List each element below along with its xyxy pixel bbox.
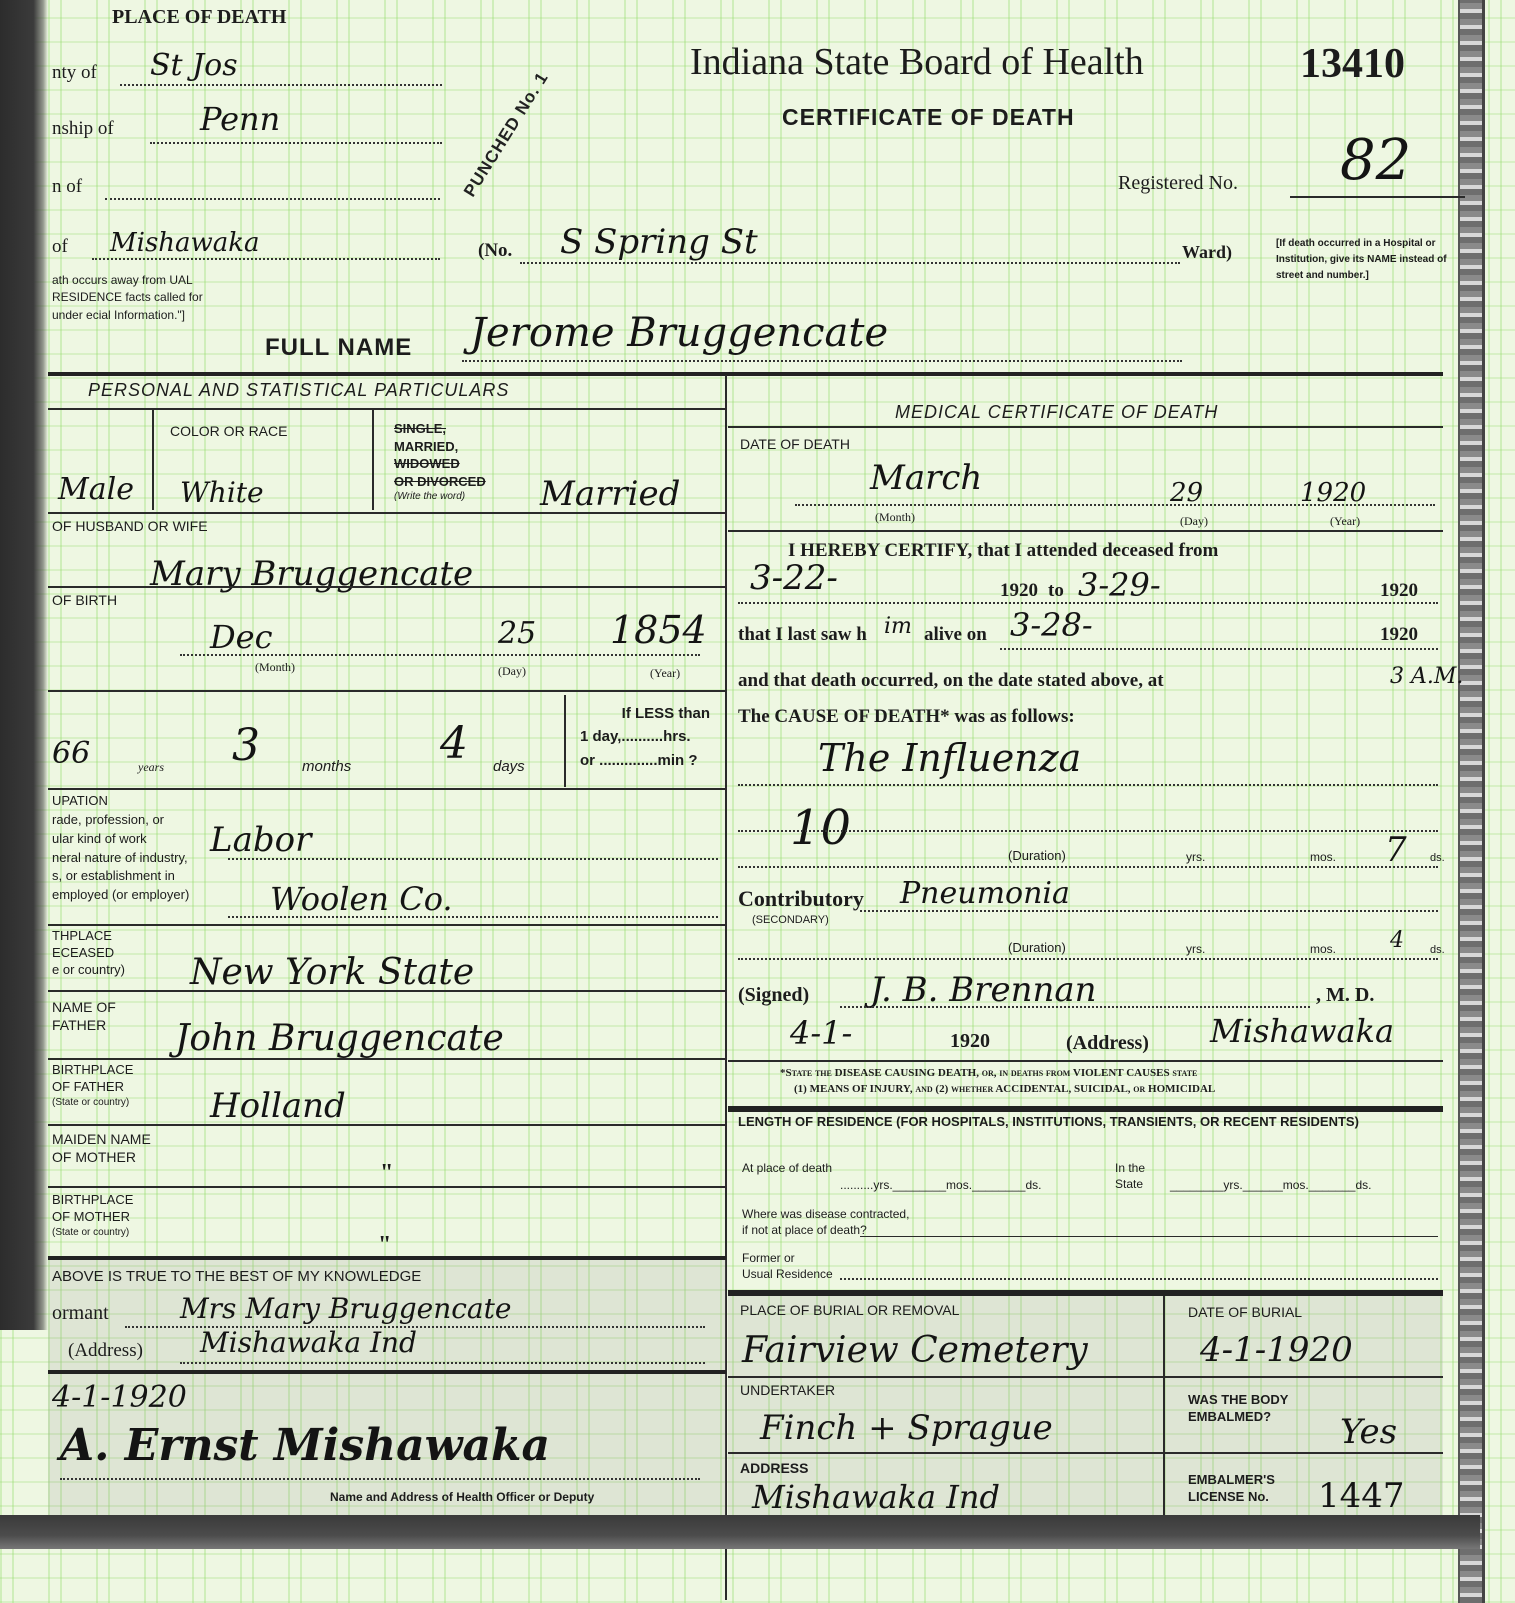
sex-value: Male	[58, 472, 134, 507]
full-name-label: FULL NAME	[265, 334, 412, 362]
undertaker-label: UNDERTAKER	[740, 1382, 835, 1398]
signed-value: J. B. Brennan	[870, 970, 1097, 1010]
father-birthplace-label: BIRTHPLACE OF FATHER (State or country)	[52, 1062, 133, 1109]
attended-from-year: 1920	[1000, 580, 1038, 602]
informant-label: ormant	[52, 1302, 109, 1325]
board-title: Indiana State Board of Health	[690, 40, 1144, 84]
occupation-value: Labor	[210, 820, 311, 860]
cause-duration-mark: 10	[790, 800, 851, 856]
burial-place-label: PLACE OF BURIAL OR REMOVAL	[740, 1302, 959, 1318]
md-label: , M. D.	[1316, 984, 1374, 1007]
county-label: nty of	[52, 62, 97, 84]
city-value: Mishawaka	[110, 228, 260, 258]
attended-from-value: 3-22-	[750, 558, 838, 598]
license-label: EMBALMER'S LICENSE No.	[1188, 1472, 1298, 1506]
days-label: days	[493, 758, 525, 775]
cause-duration-label: (Duration)	[1008, 848, 1066, 863]
contributory-value: Pneumonia	[900, 876, 1070, 911]
medical-section-label: MEDICAL CERTIFICATE OF DEATH	[895, 402, 1218, 423]
color-label: COLOR OR RACE	[170, 423, 287, 439]
day-label: (Day)	[498, 664, 526, 679]
signed-date-value: 4-1-	[790, 1014, 852, 1052]
physician-address-label: (Address)	[1066, 1032, 1149, 1055]
cause-duration-days: 7	[1385, 830, 1407, 870]
contrib-ds-label: ds.	[1430, 944, 1445, 956]
spouse-label: OF HUSBAND OR WIFE	[52, 518, 208, 534]
contrib-duration-label: (Duration)	[1008, 940, 1066, 955]
birth-year-value: 1854	[610, 608, 707, 652]
contrib-yrs-label: yrs.	[1186, 942, 1205, 956]
burial-date-value: 4-1-1920	[1200, 1330, 1353, 1370]
age-years-value: 66	[52, 736, 90, 771]
cause-label: The CAUSE OF DEATH* was as follows:	[738, 706, 1075, 728]
cause-footnote: *State the DISEASE CAUSING DEATH, or, in…	[780, 1066, 1215, 1098]
burial-date-label: DATE OF BURIAL	[1188, 1304, 1302, 1320]
mother-birthplace-label: BIRTHPLACE OF MOTHER (State or country)	[52, 1192, 133, 1239]
filed-date-value: 4-1-1920	[52, 1380, 187, 1415]
last-saw-date: 3-28-	[1010, 606, 1093, 644]
occupation-label: UPATION rade, profession, or ular kind o…	[52, 792, 189, 905]
undertaker-address-value: Mishawaka Ind	[752, 1478, 1000, 1516]
less-than-day: If LESS than 1 day,..........hrs. or ...…	[580, 702, 710, 772]
embalmed-value: Yes	[1340, 1412, 1397, 1452]
true-statement-label: ABOVE IS TRUE TO THE BEST OF MY KNOWLEDG…	[52, 1268, 421, 1285]
cause-value: The Influenza	[818, 736, 1081, 780]
contributory-label: Contributory	[738, 886, 864, 912]
registered-no-value: 82	[1340, 128, 1411, 193]
secondary-label: (SECONDARY)	[752, 914, 829, 926]
father-value: John Bruggencate	[175, 1018, 504, 1059]
physician-address-value: Mishawaka	[1210, 1012, 1394, 1050]
health-officer-label: Name and Address of Health Officer or De…	[330, 1490, 594, 1504]
father-label: NAME OF FATHER	[52, 998, 116, 1034]
informant-address-label: (Address)	[68, 1340, 143, 1362]
death-day-label: (Day)	[1180, 514, 1208, 529]
year-label: (Year)	[650, 666, 680, 681]
cause-yrs-label: yrs.	[1186, 850, 1205, 864]
spouse-value: Mary Bruggencate	[150, 554, 473, 594]
place-of-death-label: PLACE OF DEATH	[112, 6, 286, 29]
certify-text: I HEREBY CERTIFY, that I attended deceas…	[788, 540, 1218, 562]
last-saw-text: that I last saw h	[738, 624, 867, 646]
certificate-number: 13410	[1300, 40, 1405, 88]
in-state-label: In the State	[1115, 1160, 1165, 1192]
township-label: nship of	[52, 118, 114, 140]
burial-place-value: Fairview Cemetery	[742, 1330, 1088, 1371]
birthplace-value: New York State	[190, 952, 474, 993]
mother-value: "	[380, 1160, 393, 1187]
at-place-label: At place of death	[742, 1160, 842, 1176]
full-name-value: Jerome Bruggencate	[470, 310, 888, 356]
informant-value: Mrs Mary Bruggencate	[180, 1292, 511, 1325]
marital-status-value: Married	[540, 474, 680, 514]
month-label: (Month)	[255, 660, 295, 675]
death-year-label: (Year)	[1330, 514, 1360, 529]
license-value: 1447	[1318, 1476, 1405, 1516]
hospital-note: [If death occurred in a Hospital or Inst…	[1276, 236, 1461, 284]
personal-section-label: PERSONAL AND STATISTICAL PARTICULARS	[88, 380, 509, 401]
mother-label: MAIDEN NAME OF MOTHER	[52, 1130, 151, 1166]
date-of-death-label: DATE OF DEATH	[740, 436, 850, 452]
to-label: to	[1048, 580, 1064, 602]
street-label: (No.	[478, 240, 512, 262]
village-label: n of	[52, 176, 82, 198]
age-months-value: 3	[232, 720, 260, 771]
birth-month-value: Dec	[210, 618, 273, 656]
county-value: St Jos	[150, 48, 238, 83]
scan-shadow-left	[0, 0, 48, 1330]
alive-on-label: alive on	[924, 624, 987, 646]
residence-label: LENGTH OF RESIDENCE (FOR HOSPITALS, INST…	[738, 1114, 1438, 1130]
cause-ds-label: ds.	[1430, 852, 1445, 864]
at-place-text: ..........yrs.________mos.________ds.	[840, 1178, 1041, 1192]
undertaker-value: Finch + Sprague	[760, 1408, 1053, 1448]
ornamental-border-right	[1458, 0, 1485, 1603]
signed-year-value: 1920	[950, 1030, 990, 1053]
attended-to-value: 3-29-	[1078, 566, 1161, 604]
birth-day-value: 25	[498, 616, 536, 651]
color-value: White	[180, 476, 264, 509]
township-value: Penn	[200, 100, 280, 138]
death-time-value: 3 A.M.	[1390, 664, 1463, 689]
birth-label: OF BIRTH	[52, 592, 117, 608]
industry-value: Woolen Co.	[270, 880, 453, 918]
father-birthplace-value: Holland	[210, 1086, 346, 1126]
months-label: months	[302, 758, 351, 775]
city-label: of	[52, 236, 68, 258]
age-days-value: 4	[440, 718, 468, 769]
signed-label: (Signed)	[738, 984, 809, 1007]
embalmed-label: WAS THE BODY EMBALMED?	[1188, 1392, 1328, 1426]
death-month-label: (Month)	[875, 510, 915, 525]
contrib-duration-days: 4	[1390, 928, 1404, 953]
last-saw-year: 1920	[1380, 624, 1418, 646]
street-value: S Spring St	[560, 222, 758, 262]
years-label: years	[138, 760, 164, 775]
scan-shadow-bottom	[0, 1515, 1480, 1549]
former-residence-label: Former or Usual Residence	[742, 1250, 833, 1282]
certificate-title: CERTIFICATE OF DEATH	[782, 104, 1075, 131]
marital-options: SINGLE, MARRIED, WIDOWED OR DIVORCED (Wr…	[394, 420, 486, 504]
punched-stamp: PUNCHED No. 1	[460, 68, 553, 200]
registered-no-label: Registered No.	[1118, 172, 1238, 195]
death-occurred-text: and that death occurred, on the date sta…	[738, 670, 1164, 692]
undertaker-address-label: ADDRESS	[740, 1460, 808, 1476]
death-month-value: March	[870, 458, 982, 498]
usual-residence-note: ath occurs away from UAL RESIDENCE facts…	[52, 272, 232, 324]
attended-to-year: 1920	[1380, 580, 1418, 602]
last-saw-pronoun: im	[884, 614, 912, 639]
contrib-mos-label: mos.	[1310, 942, 1336, 956]
informant-address-value: Mishawaka Ind	[200, 1326, 417, 1359]
mother-birthplace-value: "	[378, 1232, 391, 1259]
ward-label: Ward)	[1182, 242, 1232, 263]
birthplace-label: THPLACE ECEASED e or country)	[52, 928, 125, 979]
in-state-text: ________yrs.______mos._______ds.	[1170, 1178, 1372, 1192]
health-officer-value: A. Ernst Mishawaka	[60, 1420, 550, 1471]
cause-mos-label: mos.	[1310, 850, 1336, 864]
contracted-label: Where was disease contracted, if not at …	[742, 1206, 909, 1238]
